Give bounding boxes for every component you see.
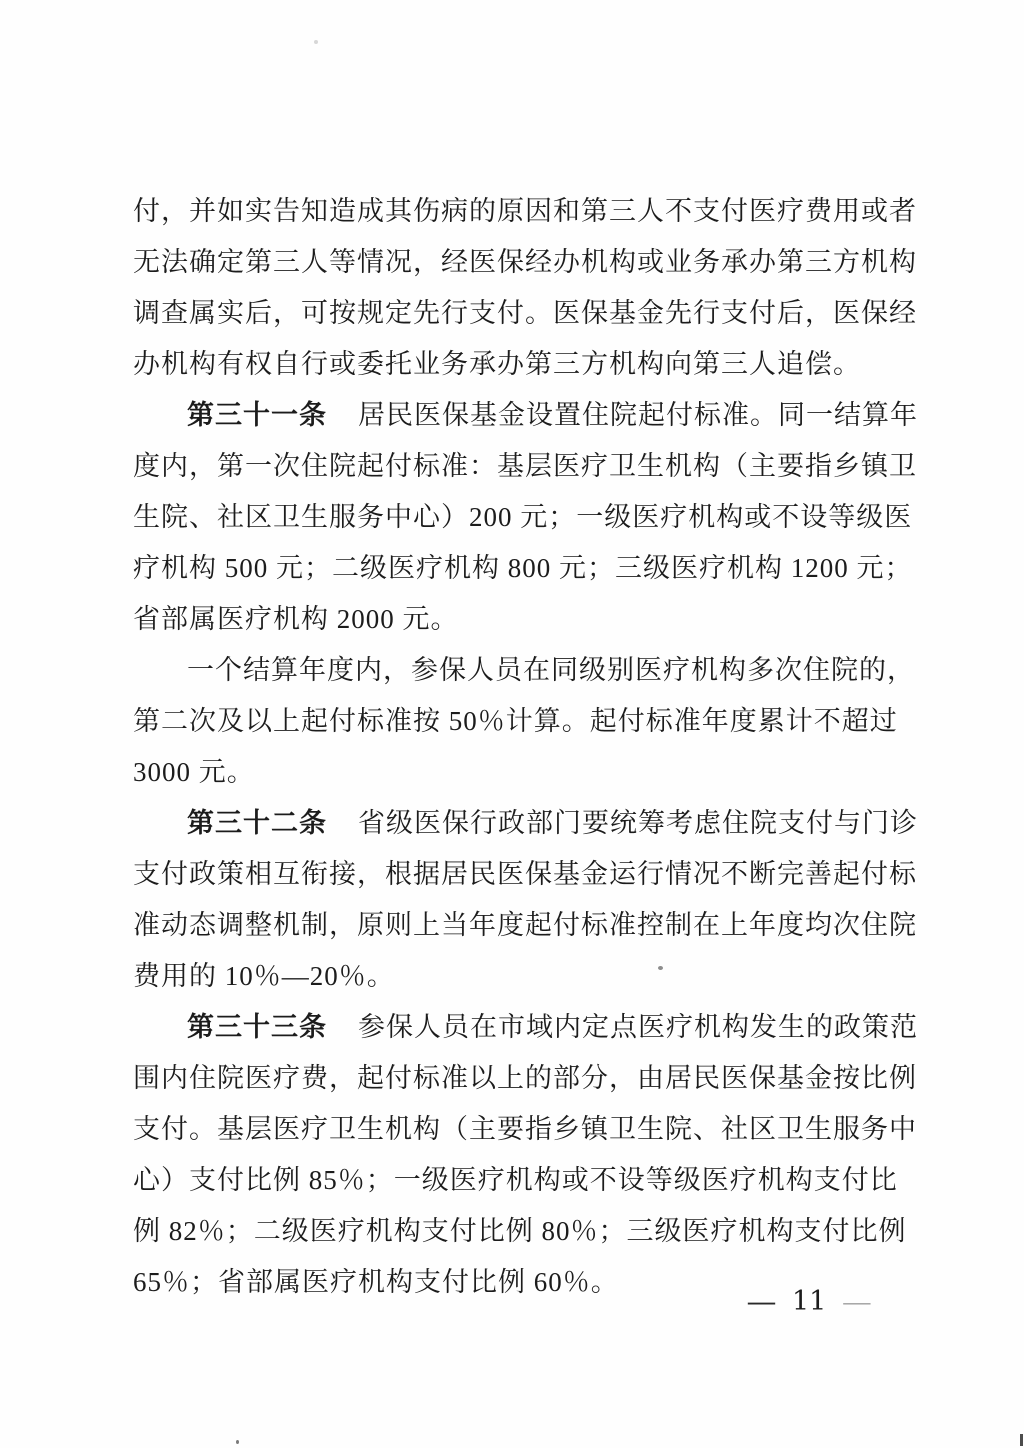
- scan-speck: [236, 1440, 239, 1444]
- paragraph-line: 一个结算年度内，参保人员在同级别医疗机构多次住院的，: [133, 645, 915, 696]
- paragraph-line: 支付政策相互衔接，根据居民医保基金运行情况不断完善起付标: [133, 849, 915, 900]
- line-text: 一个结算年度内，参保人员在同级别医疗机构多次住院的，: [187, 655, 915, 685]
- document-page: 付，并如实告知造成其伤病的原因和第三人不支付医疗费用或者 无法确定第三人等情况，…: [0, 0, 1024, 1448]
- article-33-heading-line: 第三十三条参保人员在市域内定点医疗机构发生的政策范: [133, 1002, 915, 1053]
- line-text: 办机构有权自行或委托业务承办第三方机构向第三人追偿。: [133, 349, 861, 379]
- line-text: 例 82％；二级医疗机构支付比例 80％；三级医疗机构支付比例: [133, 1216, 907, 1246]
- line-text: 生院、社区卫生服务中心）200 元；一级医疗机构或不设等级医: [133, 502, 912, 532]
- paragraph-line: 付，并如实告知造成其伤病的原因和第三人不支付医疗费用或者: [133, 186, 915, 237]
- paragraph-line: 无法确定第三人等情况，经医保经办机构或业务承办第三方机构: [133, 237, 915, 288]
- page-number: 11: [792, 1286, 826, 1317]
- line-text: 费用的 10％—20％。: [133, 961, 395, 991]
- paragraph-line: 省部属医疗机构 2000 元。: [133, 594, 915, 645]
- page-footer: — 11 —: [748, 1284, 870, 1318]
- article-number: 第三十三条: [187, 1012, 327, 1043]
- paragraph-line: 疗机构 500 元；二级医疗机构 800 元；三级医疗机构 1200 元；: [133, 543, 915, 594]
- paragraph-line: 办机构有权自行或委托业务承办第三方机构向第三人追偿。: [133, 339, 915, 390]
- line-text: 省级医保行政部门要统筹考虑住院支付与门诊: [358, 808, 918, 838]
- line-text: 围内住院医疗费，起付标准以上的部分，由居民医保基金按比例: [133, 1063, 917, 1093]
- paragraph-line: 费用的 10％—20％。: [133, 951, 915, 1002]
- paragraph-line: 生院、社区卫生服务中心）200 元；一级医疗机构或不设等级医: [133, 492, 915, 543]
- line-text: 无法确定第三人等情况，经医保经办机构或业务承办第三方机构: [133, 247, 917, 277]
- article-32-heading-line: 第三十二条省级医保行政部门要统筹考虑住院支付与门诊: [133, 798, 915, 849]
- footer-dash-left: —: [748, 1286, 775, 1317]
- paragraph-line: 度内，第一次住院起付标准：基层医疗卫生机构（主要指乡镇卫: [133, 441, 915, 492]
- line-text: 支付政策相互衔接，根据居民医保基金运行情况不断完善起付标: [133, 859, 917, 889]
- scan-speck: [658, 966, 663, 970]
- paragraph-line: 支付。基层医疗卫生机构（主要指乡镇卫生院、社区卫生服务中: [133, 1104, 915, 1155]
- article-number: 第三十一条: [187, 400, 327, 431]
- document-body: 付，并如实告知造成其伤病的原因和第三人不支付医疗费用或者 无法确定第三人等情况，…: [133, 186, 915, 1308]
- article-number: 第三十二条: [187, 808, 327, 839]
- line-text: 支付。基层医疗卫生机构（主要指乡镇卫生院、社区卫生服务中: [133, 1114, 917, 1144]
- line-text: 第二次及以上起付标准按 50％计算。起付标准年度累计不超过: [133, 706, 898, 736]
- scan-artifact: [1020, 1434, 1023, 1446]
- line-text: 省部属医疗机构 2000 元。: [133, 604, 459, 634]
- paragraph-line: 心）支付比例 85％；一级医疗机构或不设等级医疗机构支付比: [133, 1155, 915, 1206]
- paragraph-line: 例 82％；二级医疗机构支付比例 80％；三级医疗机构支付比例: [133, 1206, 915, 1257]
- line-text: 调查属实后，可按规定先行支付。医保基金先行支付后，医保经: [133, 298, 917, 328]
- paragraph-line: 围内住院医疗费，起付标准以上的部分，由居民医保基金按比例: [133, 1053, 915, 1104]
- line-text: 参保人员在市域内定点医疗机构发生的政策范: [358, 1012, 918, 1042]
- line-text: 付，并如实告知造成其伤病的原因和第三人不支付医疗费用或者: [133, 196, 917, 226]
- line-text: 心）支付比例 85％；一级医疗机构或不设等级医疗机构支付比: [133, 1165, 898, 1195]
- paragraph-line: 调查属实后，可按规定先行支付。医保基金先行支付后，医保经: [133, 288, 915, 339]
- article-31-heading-line: 第三十一条居民医保基金设置住院起付标准。同一结算年: [133, 390, 915, 441]
- footer-dash-right: —: [843, 1286, 870, 1317]
- line-text: 65％；省部属医疗机构支付比例 60％。: [133, 1267, 619, 1297]
- paragraph-line: 3000 元。: [133, 747, 915, 798]
- scan-speck: [314, 40, 318, 44]
- line-text: 疗机构 500 元；二级医疗机构 800 元；三级医疗机构 1200 元；: [133, 553, 913, 583]
- line-text: 居民医保基金设置住院起付标准。同一结算年: [358, 400, 918, 430]
- line-text: 度内，第一次住院起付标准：基层医疗卫生机构（主要指乡镇卫: [133, 451, 917, 481]
- line-text: 3000 元。: [133, 757, 255, 787]
- paragraph-line: 第二次及以上起付标准按 50％计算。起付标准年度累计不超过: [133, 696, 915, 747]
- line-text: 准动态调整机制，原则上当年度起付标准控制在上年度均次住院: [133, 910, 917, 940]
- paragraph-line: 准动态调整机制，原则上当年度起付标准控制在上年度均次住院: [133, 900, 915, 951]
